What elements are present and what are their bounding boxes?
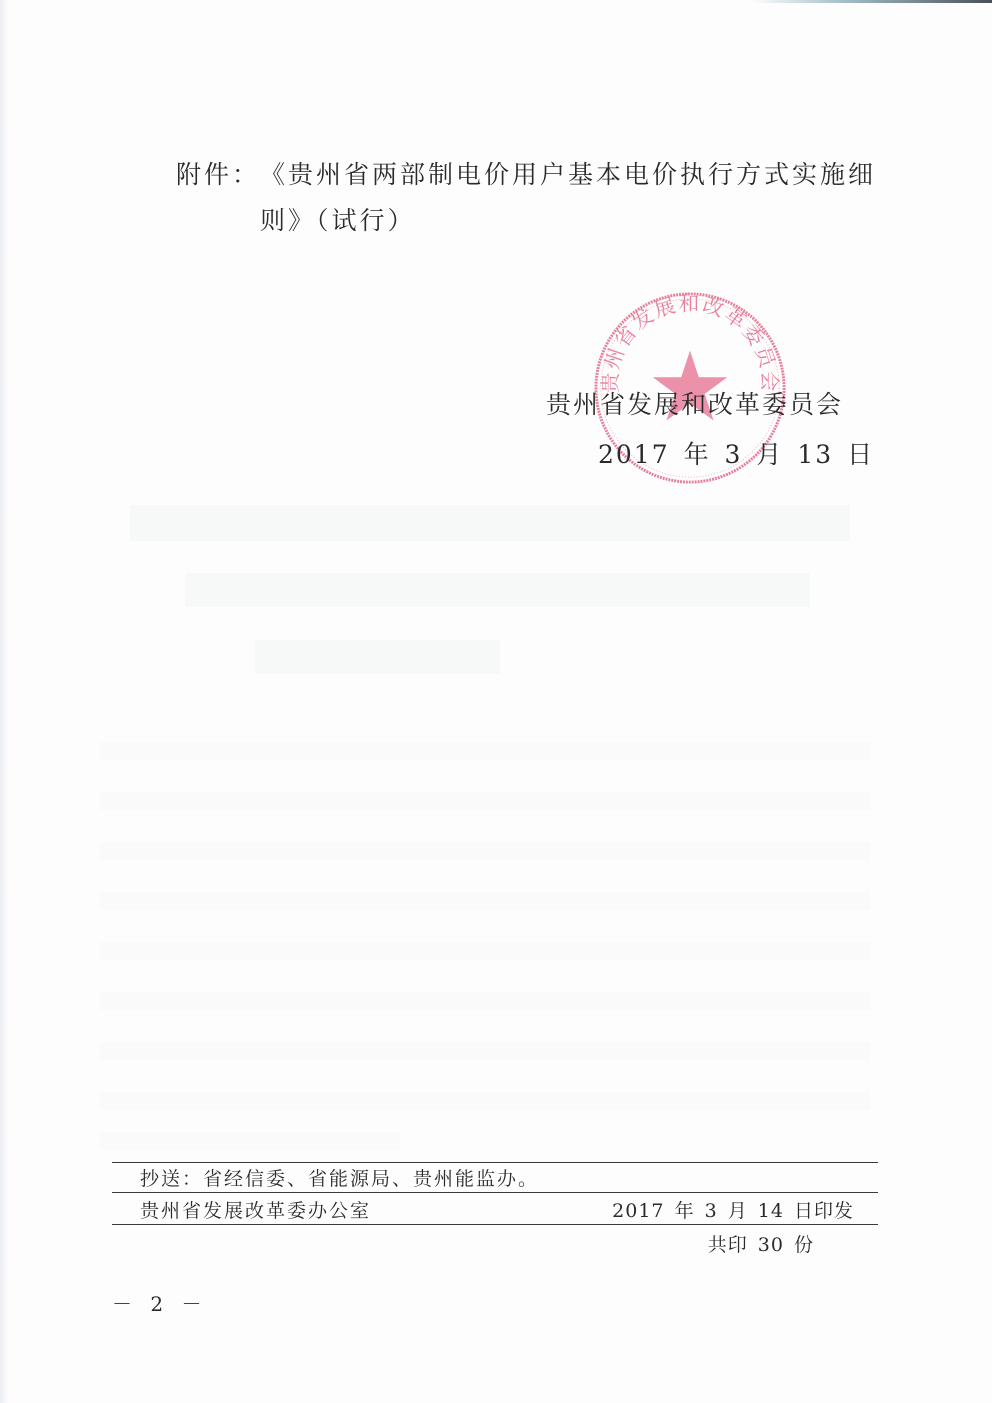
- footer-rule-bottom: [112, 1224, 878, 1225]
- issuing-office: 贵州省发展改革委办公室: [140, 1196, 371, 1223]
- attachment-note: 附件：《贵州省两部制电价用户基本电价执行方式实施细 则》（试行）: [176, 152, 876, 244]
- bleed-through-text: [100, 1092, 870, 1110]
- signing-organization: 贵州省发展和改革委员会: [546, 380, 874, 430]
- attachment-title-line2: 则》（试行）: [176, 198, 876, 244]
- bleed-through-text: [100, 1132, 400, 1150]
- bleed-through-text: [100, 892, 870, 910]
- scan-edge-artifact: [752, 0, 992, 3]
- bleed-through-text: [100, 842, 870, 860]
- bleed-through-text: [130, 505, 850, 541]
- signing-date: 2017 年 3 月 13 日: [546, 430, 874, 480]
- print-date: 2017 年 3 月 14 日印发: [612, 1196, 854, 1223]
- bleed-through-text: [100, 742, 870, 760]
- attachment-label: 附件：: [176, 152, 260, 198]
- footer-rule-top: [112, 1162, 878, 1163]
- attachment-title-line1: 《贵州省两部制电价用户基本电价执行方式实施细: [260, 160, 876, 189]
- signature-block: 贵州省发展和改革委员会 2017 年 3 月 13 日: [546, 380, 874, 480]
- bleed-through-text: [255, 640, 500, 674]
- bleed-through-text: [100, 992, 870, 1010]
- scan-left-shadow: [0, 0, 8, 1403]
- cc-recipients: 抄送：省经信委、省能源局、贵州能监办。: [140, 1164, 539, 1191]
- bleed-through-text: [100, 1042, 870, 1060]
- bleed-through-text: [100, 792, 870, 810]
- bleed-through-text: [185, 573, 810, 607]
- bleed-through-text: [100, 942, 870, 960]
- page-number: － 2 －: [112, 1288, 207, 1317]
- copies-count: 共印 30 份: [708, 1230, 814, 1257]
- footer-rule-middle: [112, 1192, 878, 1193]
